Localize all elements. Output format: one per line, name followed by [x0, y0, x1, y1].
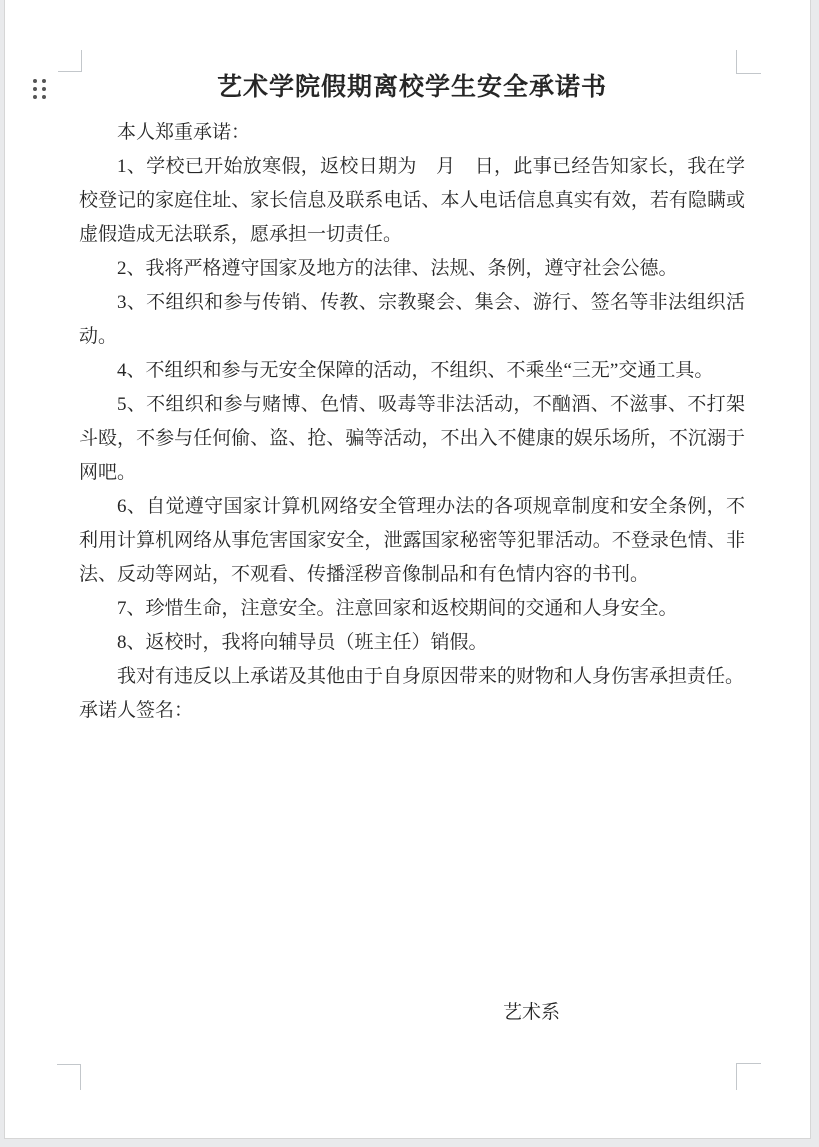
paragraph[interactable]: 本人郑重承诺：	[79, 116, 745, 150]
document-title[interactable]: 艺术学院假期离校学生安全承诺书	[79, 70, 745, 106]
document-body: 本人郑重承诺：1、学校已开始放寒假，返校日期为 月 日，此事已经告知家长，我在学…	[79, 116, 745, 694]
paragraph[interactable]: 8、返校时，我将向辅导员（班主任）销假。	[79, 626, 745, 660]
margin-crop-mark-bottom-right	[736, 1063, 761, 1090]
margin-crop-mark-bottom-left	[57, 1064, 81, 1090]
margin-crop-mark-top-left	[58, 50, 82, 72]
drag-handle-icon[interactable]	[33, 79, 46, 99]
signature-line[interactable]: 承诺人签名：	[79, 694, 745, 728]
paragraph[interactable]: 6、自觉遵守国家计算机网络安全管理办法的各项规章制度和安全条例，不利用计算机网络…	[79, 490, 745, 592]
paragraph[interactable]: 3、不组织和参与传销、传教、宗教聚会、集会、游行、签名等非法组织活动。	[79, 286, 745, 354]
paragraph[interactable]: 1、学校已开始放寒假，返校日期为 月 日，此事已经告知家长，我在学校登记的家庭住…	[79, 150, 745, 252]
paragraph[interactable]: 2、我将严格遵守国家及地方的法律、法规、条例，遵守社会公德。	[79, 252, 745, 286]
document-content[interactable]: 艺术学院假期离校学生安全承诺书 本人郑重承诺：1、学校已开始放寒假，返校日期为 …	[79, 70, 745, 1030]
paragraph[interactable]: 5、不组织和参与赌博、色情、吸毒等非法活动，不酗酒、不滋事、不打架斗殴，不参与任…	[79, 388, 745, 490]
editor-canvas: { "document": { "title": "艺术学院假期离校学生安全承诺…	[0, 0, 819, 1147]
signoff[interactable]: 艺术系	[79, 996, 745, 1030]
document-page[interactable]: 艺术学院假期离校学生安全承诺书 本人郑重承诺：1、学校已开始放寒假，返校日期为 …	[4, 0, 811, 1139]
paragraph[interactable]: 7、珍惜生命，注意安全。注意回家和返校期间的交通和人身安全。	[79, 592, 745, 626]
paragraph[interactable]: 4、不组织和参与无安全保障的活动，不组织、不乘坐“三无”交通工具。	[79, 354, 745, 388]
paragraph[interactable]: 我对有违反以上承诺及其他由于自身原因带来的财物和人身伤害承担责任。	[79, 660, 745, 694]
